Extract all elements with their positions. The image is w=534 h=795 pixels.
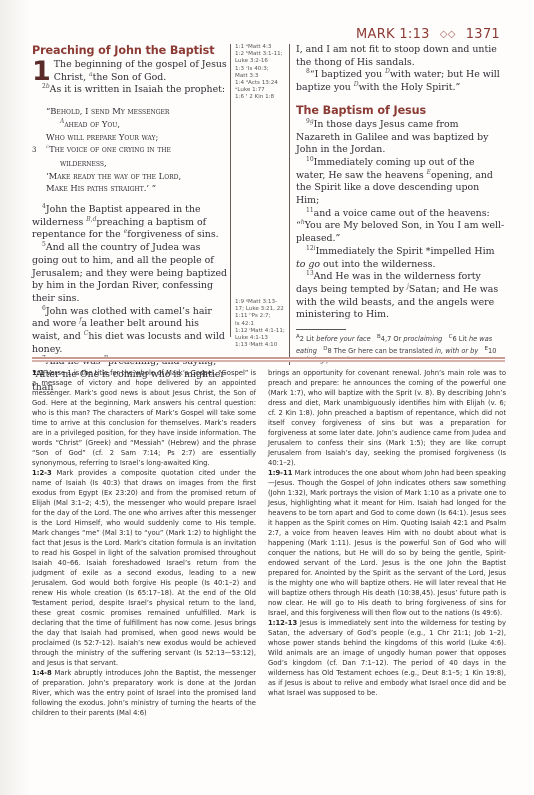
poetry-line: 3cThe voice of one crying in the — [32, 143, 228, 157]
note-reference: 1:9-11 — [268, 469, 292, 477]
study-note: brings an opportunity for covenant renew… — [268, 368, 506, 468]
study-note: 1:1 Verse 1 is the title for the whole o… — [32, 368, 256, 468]
cross-references-bottom: 1:9 ᵍMatt 3:13- 17; Luke 3:21, 22 1:11 ʰ… — [230, 299, 286, 337]
poetry-line: Make His paths straight.’ ” — [32, 182, 228, 195]
cross-reference-gutter — [230, 140, 286, 299]
footnote-rule — [296, 329, 346, 330]
verse-2: 2bAs it is written in Isaiah the prophet… — [32, 84, 228, 97]
running-head: MARK 1:13 ◇◇ 1371 — [356, 27, 500, 42]
verse-8: 8“I baptized you Dwith water; but He wil… — [296, 69, 505, 94]
cross-reference[interactable]: 1:6 ᶠ 2 Kin 1:8 — [235, 94, 286, 101]
note-reference: 1:2-3 — [32, 469, 52, 477]
cross-reference[interactable]: 1:13 ʲMatt 4:10 — [235, 342, 286, 349]
cross-reference[interactable]: 1:9 ᵍMatt 3:13- — [235, 299, 286, 306]
double-rule-divider — [32, 357, 505, 362]
scripture-column-right: I, and I am not fit to stoop down and un… — [289, 44, 505, 365]
verse-1: 1 The beginning of the gospel of Jesus C… — [32, 59, 228, 84]
study-note: 1:9-11 Mark introduces the one about who… — [268, 468, 506, 618]
bible-page: MARK 1:13 ◇◇ 1371 Preaching of John the … — [0, 0, 534, 795]
footnote: D8 The Gr here can be translated in, wit… — [323, 347, 478, 355]
verse-number: 3 — [32, 144, 46, 157]
verse-5: 5And all the country of Judea was going … — [32, 242, 228, 306]
verse-13: 13And He was in the wilderness forty day… — [296, 271, 505, 322]
page-gutter-shadow — [0, 0, 30, 795]
scripture-column-left: Preaching of John the Baptist 1 The begi… — [32, 44, 228, 395]
double-diamond-icon: ◇◇ — [440, 29, 456, 40]
cross-reference[interactable]: 1:3 ᶜIs 40:3; — [235, 66, 286, 73]
verse-12: 12iImmediately the Spirit *impelled Him … — [296, 246, 505, 271]
note-reference: 1:12-13 — [268, 619, 297, 627]
note-reference: 1:1 — [32, 369, 44, 377]
book-reference: MARK 1:13 — [356, 27, 430, 42]
poetry-quotation: “Behold, I send My messenger Aahead of Y… — [32, 105, 228, 195]
study-notes-left: 1:1 Verse 1 is the title for the whole o… — [32, 368, 256, 718]
section-heading: The Baptism of Jesus — [296, 104, 505, 117]
cross-reference[interactable]: Is 42:1 — [235, 321, 286, 328]
verse-4: 4John the Baptist appeared in the wilder… — [32, 204, 228, 242]
section-heading: Preaching of John the Baptist — [32, 44, 228, 57]
poetry-line: Aahead of You, — [32, 118, 228, 131]
cross-references-top: 1:1 ᵃMatt 4:3 1:2 ᵇMatt 3:1-11; Luke 3:2… — [230, 44, 286, 140]
footnote: A2 Lit before your face — [296, 335, 371, 343]
study-note: 1:12-13 Jesus is immediately sent into t… — [268, 618, 506, 698]
poetry-line: “Behold, I send My messenger — [32, 105, 228, 118]
study-note: 1:2-3 Mark provides a composite quotatio… — [32, 468, 256, 668]
poetry-line: wilderness, — [32, 157, 228, 170]
page-number: 1371 — [466, 27, 500, 42]
footnote-marker[interactable]: B,d — [86, 216, 96, 223]
chapter-number: 1 — [32, 60, 51, 84]
cross-reference[interactable]: Luke 3:2-16 — [235, 58, 286, 65]
study-notes-right: brings an opportunity for covenant renew… — [268, 368, 506, 698]
cross-reference[interactable]: 1:2 ᵇMatt 3:1-11; — [235, 51, 286, 58]
verse-11: 11and a voice came out of the heavens: “… — [296, 208, 505, 246]
verse-10: 10Immediately coming up out of the water… — [296, 157, 505, 208]
verse-7-continued: I, and I am not fit to stoop down and un… — [296, 44, 505, 69]
cross-reference[interactable]: Matt 3:3 — [235, 73, 286, 80]
verse-6: 6John was clothed with camel’s hair and … — [32, 306, 228, 357]
poetry-line: Who will prepare Your way; — [32, 131, 228, 144]
cross-reference[interactable]: 1:4 ᵈActs 13:24 — [235, 80, 286, 87]
cross-reference[interactable]: 1:12 ⁱMatt 4:1-11; — [235, 328, 286, 335]
poetry-line: ‘Make ready the way of the Lord, — [32, 170, 228, 183]
footnote: B4,7 Or proclaiming — [377, 335, 442, 343]
verse-9: 9gIn those days Jesus came from Nazareth… — [296, 119, 505, 157]
cross-reference[interactable]: 1:11 ʰPs 2:7; — [235, 313, 286, 320]
study-note: 1:4-8 Mark abruptly introduces John the … — [32, 668, 256, 718]
note-reference: 1:4-8 — [32, 669, 52, 677]
